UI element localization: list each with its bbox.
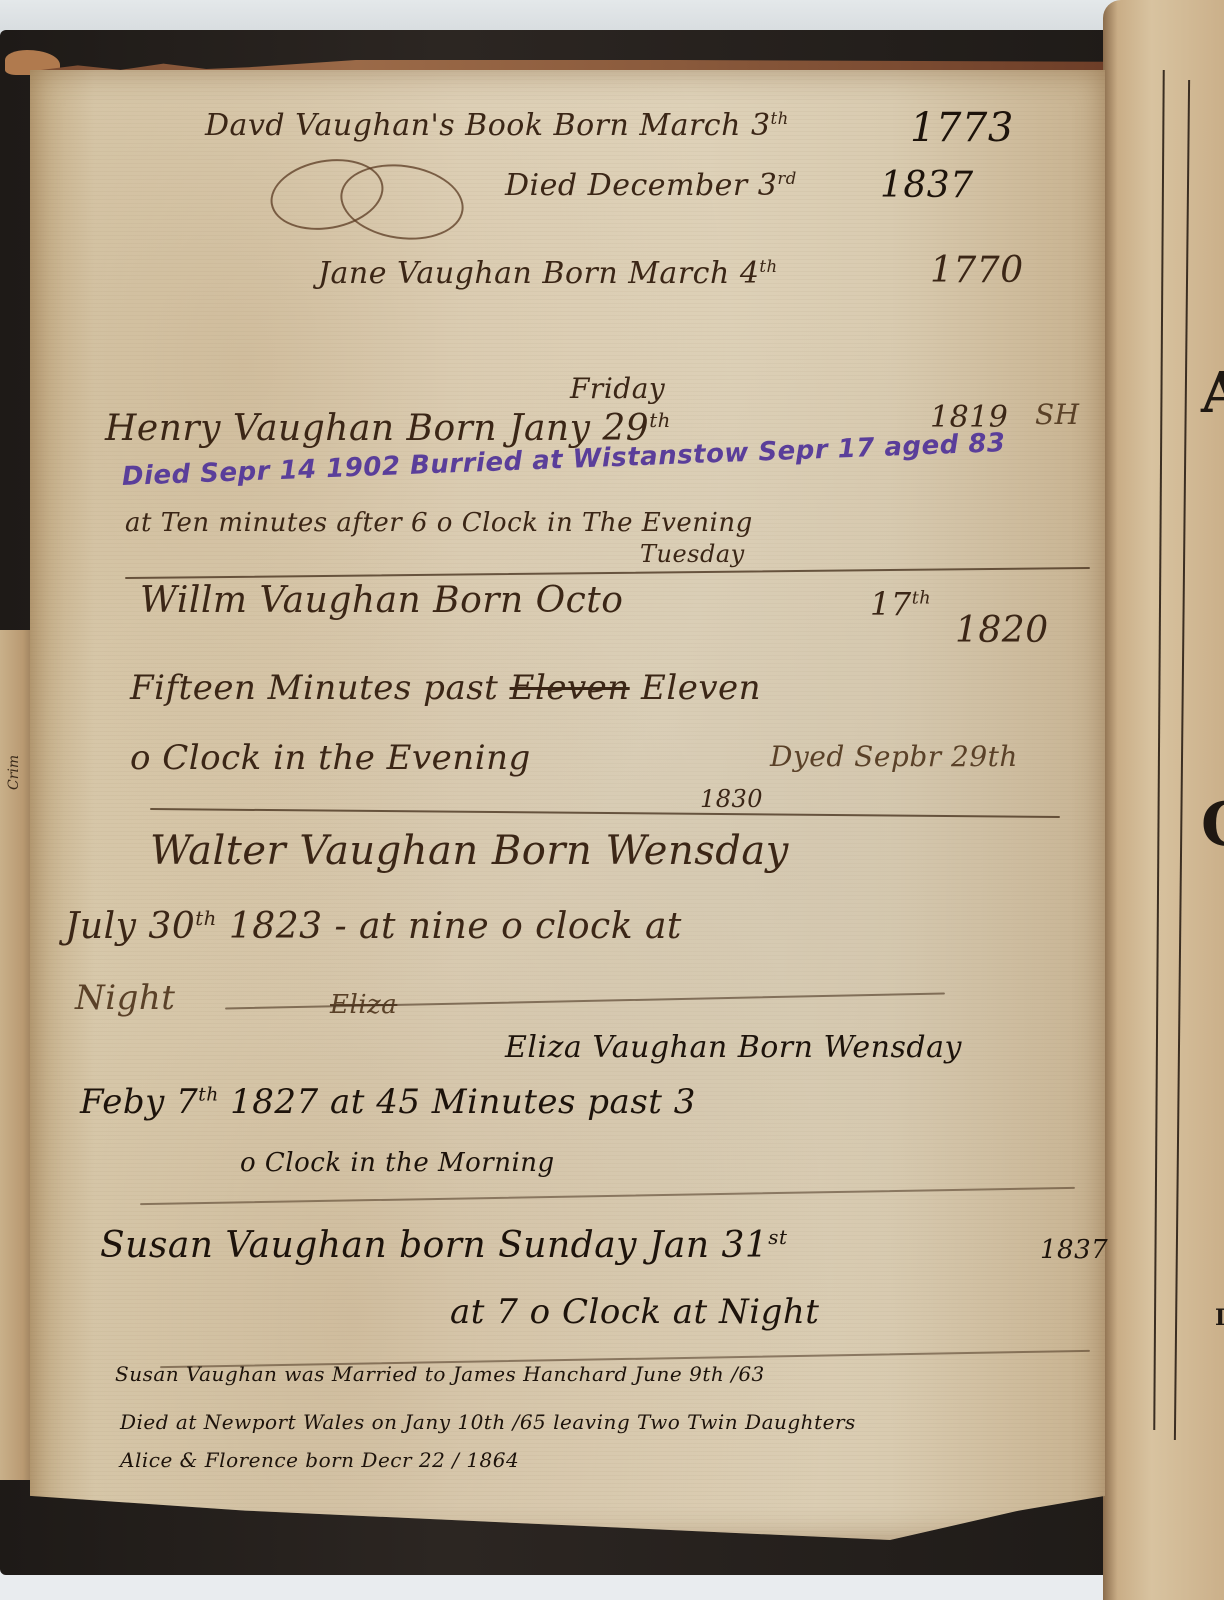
entry-walter-line2: July 30th 1823 - at nine o clock at	[65, 906, 682, 947]
entry-susan-year: 1837	[1040, 1235, 1108, 1265]
entry-william-day: Tuesday	[640, 540, 745, 568]
entry-eliza-line1: Eliza Vaughan Born Wensday	[505, 1030, 962, 1065]
entry-henry-initials: SH	[1035, 398, 1080, 431]
entry-david-line1: Davd Vaughan's Book Born March 3th	[205, 108, 789, 143]
entry-jane-year: 1770	[930, 250, 1024, 291]
right-page-letter: I	[1215, 1305, 1224, 1331]
entry-william-birth: Willm Vaughan Born Octo	[140, 580, 623, 621]
entry-william-year: 1820	[955, 610, 1049, 651]
entry-susan-line2: at 7 o Clock at Night	[450, 1292, 819, 1332]
right-page-letter: A	[1201, 360, 1224, 426]
entry-walter-line3: Night	[75, 978, 175, 1018]
entry-henry-day: Friday	[570, 372, 665, 405]
entry-william-death: Dyed Sepbr 29th	[770, 740, 1018, 773]
entry-david-death-year: 1837	[880, 165, 974, 206]
entry-david-birth-year: 1773	[910, 105, 1014, 151]
entry-susan-note3: Alice & Florence born Decr 22 / 1864	[120, 1448, 519, 1472]
entry-william-time2: o Clock in the Evening	[130, 738, 531, 778]
entry-henry-time: at Ten minutes after 6 o Clock in The Ev…	[125, 508, 753, 538]
entry-william-day-of-month: 17th	[870, 585, 931, 623]
entry-william-time1: Fifteen Minutes past Eleven Eleven	[130, 668, 761, 708]
entry-walter-line1: Walter Vaughan Born Wensday	[150, 828, 789, 874]
entry-william-death-year: 1830	[700, 785, 763, 813]
entry-susan-line1: Susan Vaughan born Sunday Jan 31st	[100, 1225, 787, 1266]
entry-eliza-line3: o Clock in the Morning	[240, 1148, 555, 1178]
entry-henry-birth: Henry Vaughan Born Jany 29th	[105, 408, 671, 449]
entry-eliza-line2: Feby 7th 1827 at 45 Minutes past 3	[80, 1082, 696, 1122]
right-page-letter: C	[1201, 790, 1224, 860]
entry-david-line2: Died December 3rd	[505, 168, 797, 203]
entry-jane: Jane Vaughan Born March 4th	[318, 256, 778, 291]
right-page-edge: A C I	[1103, 0, 1224, 1600]
entry-susan-note2: Died at Newport Wales on Jany 10th /65 l…	[120, 1410, 856, 1434]
rule-line	[1174, 80, 1190, 1440]
marginal-text: Crim	[6, 755, 22, 790]
rule-line	[1153, 70, 1164, 1430]
entry-susan-note1: Susan Vaughan was Married to James Hanch…	[115, 1362, 765, 1386]
